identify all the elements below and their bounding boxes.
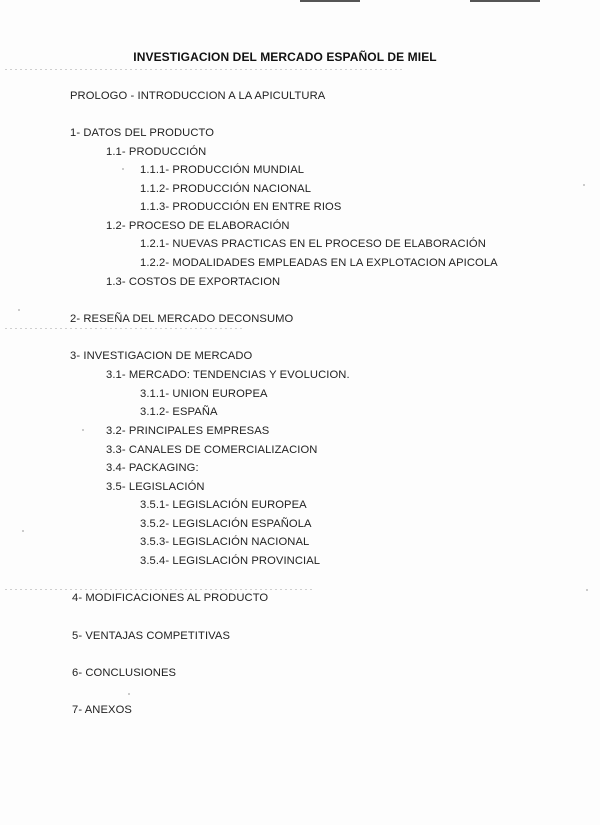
- toc-entry: 3.1.2- ESPAÑA: [140, 406, 218, 418]
- toc-entry: 3.1.1- UNION EUROPEA: [140, 388, 268, 400]
- scan-speck: [82, 429, 84, 431]
- scan-speck: [18, 309, 20, 311]
- toc-entry: 1.1.3- PRODUCCIÓN EN ENTRE RIOS: [140, 201, 341, 213]
- toc-entry: 1.1.1- PRODUCCIÓN MUNDIAL: [140, 164, 304, 176]
- toc-entry: 5- VENTAJAS COMPETITIVAS: [72, 630, 230, 642]
- toc-entry: 3.3- CANALES DE COMERCIALIZACION: [106, 444, 317, 456]
- toc-entry: 1.3- COSTOS DE EXPORTACION: [106, 276, 280, 288]
- toc-entry: 3.1- MERCADO: TENDENCIAS Y EVOLUCION.: [106, 369, 350, 381]
- scan-artifact: [300, 0, 360, 2]
- scan-speck: [122, 168, 124, 170]
- scan-artifact: [5, 589, 315, 590]
- toc-entry: 3.5- LEGISLACIÓN: [106, 481, 205, 493]
- toc-entry: 1.2.1- NUEVAS PRACTICAS EN EL PROCESO DE…: [140, 238, 486, 250]
- toc-entry: 1.1.2- PRODUCCIÓN NACIONAL: [140, 183, 311, 195]
- toc-entry: 3.4- PACKAGING:: [106, 462, 199, 474]
- toc-entry: 2- RESEÑA DEL MERCADO DECONSUMO: [70, 313, 293, 325]
- toc-entry: 1- DATOS DEL PRODUCTO: [70, 127, 214, 139]
- toc-entry: 3.5.4- LEGISLACIÓN PROVINCIAL: [140, 555, 320, 567]
- scanned-page: INVESTIGACION DEL MERCADO ESPAÑOL DE MIE…: [0, 0, 600, 825]
- scan-speck: [583, 184, 585, 186]
- document-title: INVESTIGACION DEL MERCADO ESPAÑOL DE MIE…: [0, 50, 570, 64]
- toc-entry: 4- MODIFICACIONES AL PRODUCTO: [72, 592, 268, 604]
- toc-entry: 3- INVESTIGACION DE MERCADO: [70, 350, 252, 362]
- toc-entry: 7- ANEXOS: [72, 704, 132, 716]
- toc-entry: 1.2.2- MODALIDADES EMPLEADAS EN LA EXPLO…: [140, 257, 498, 269]
- scan-speck: [22, 530, 24, 532]
- toc-entry: 3.2- PRINCIPALES EMPRESAS: [106, 425, 269, 437]
- toc-entry: 6- CONCLUSIONES: [72, 667, 176, 679]
- scan-speck: [586, 589, 588, 591]
- toc-entry: 3.5.3- LEGISLACIÓN NACIONAL: [140, 536, 309, 548]
- scan-artifact: [5, 69, 405, 70]
- toc-entry: PROLOGO - INTRODUCCION A LA APICULTURA: [70, 90, 325, 102]
- toc-entry: 3.5.2- LEGISLACIÓN ESPAÑOLA: [140, 518, 312, 530]
- scan-artifact: [5, 328, 245, 329]
- scan-artifact: [470, 0, 540, 2]
- toc-entry: 1.2- PROCESO DE ELABORACIÓN: [106, 220, 290, 232]
- scan-speck: [128, 693, 130, 695]
- toc-entry: 3.5.1- LEGISLACIÓN EUROPEA: [140, 499, 307, 511]
- toc-entry: 1.1- PRODUCCIÓN: [106, 146, 206, 158]
